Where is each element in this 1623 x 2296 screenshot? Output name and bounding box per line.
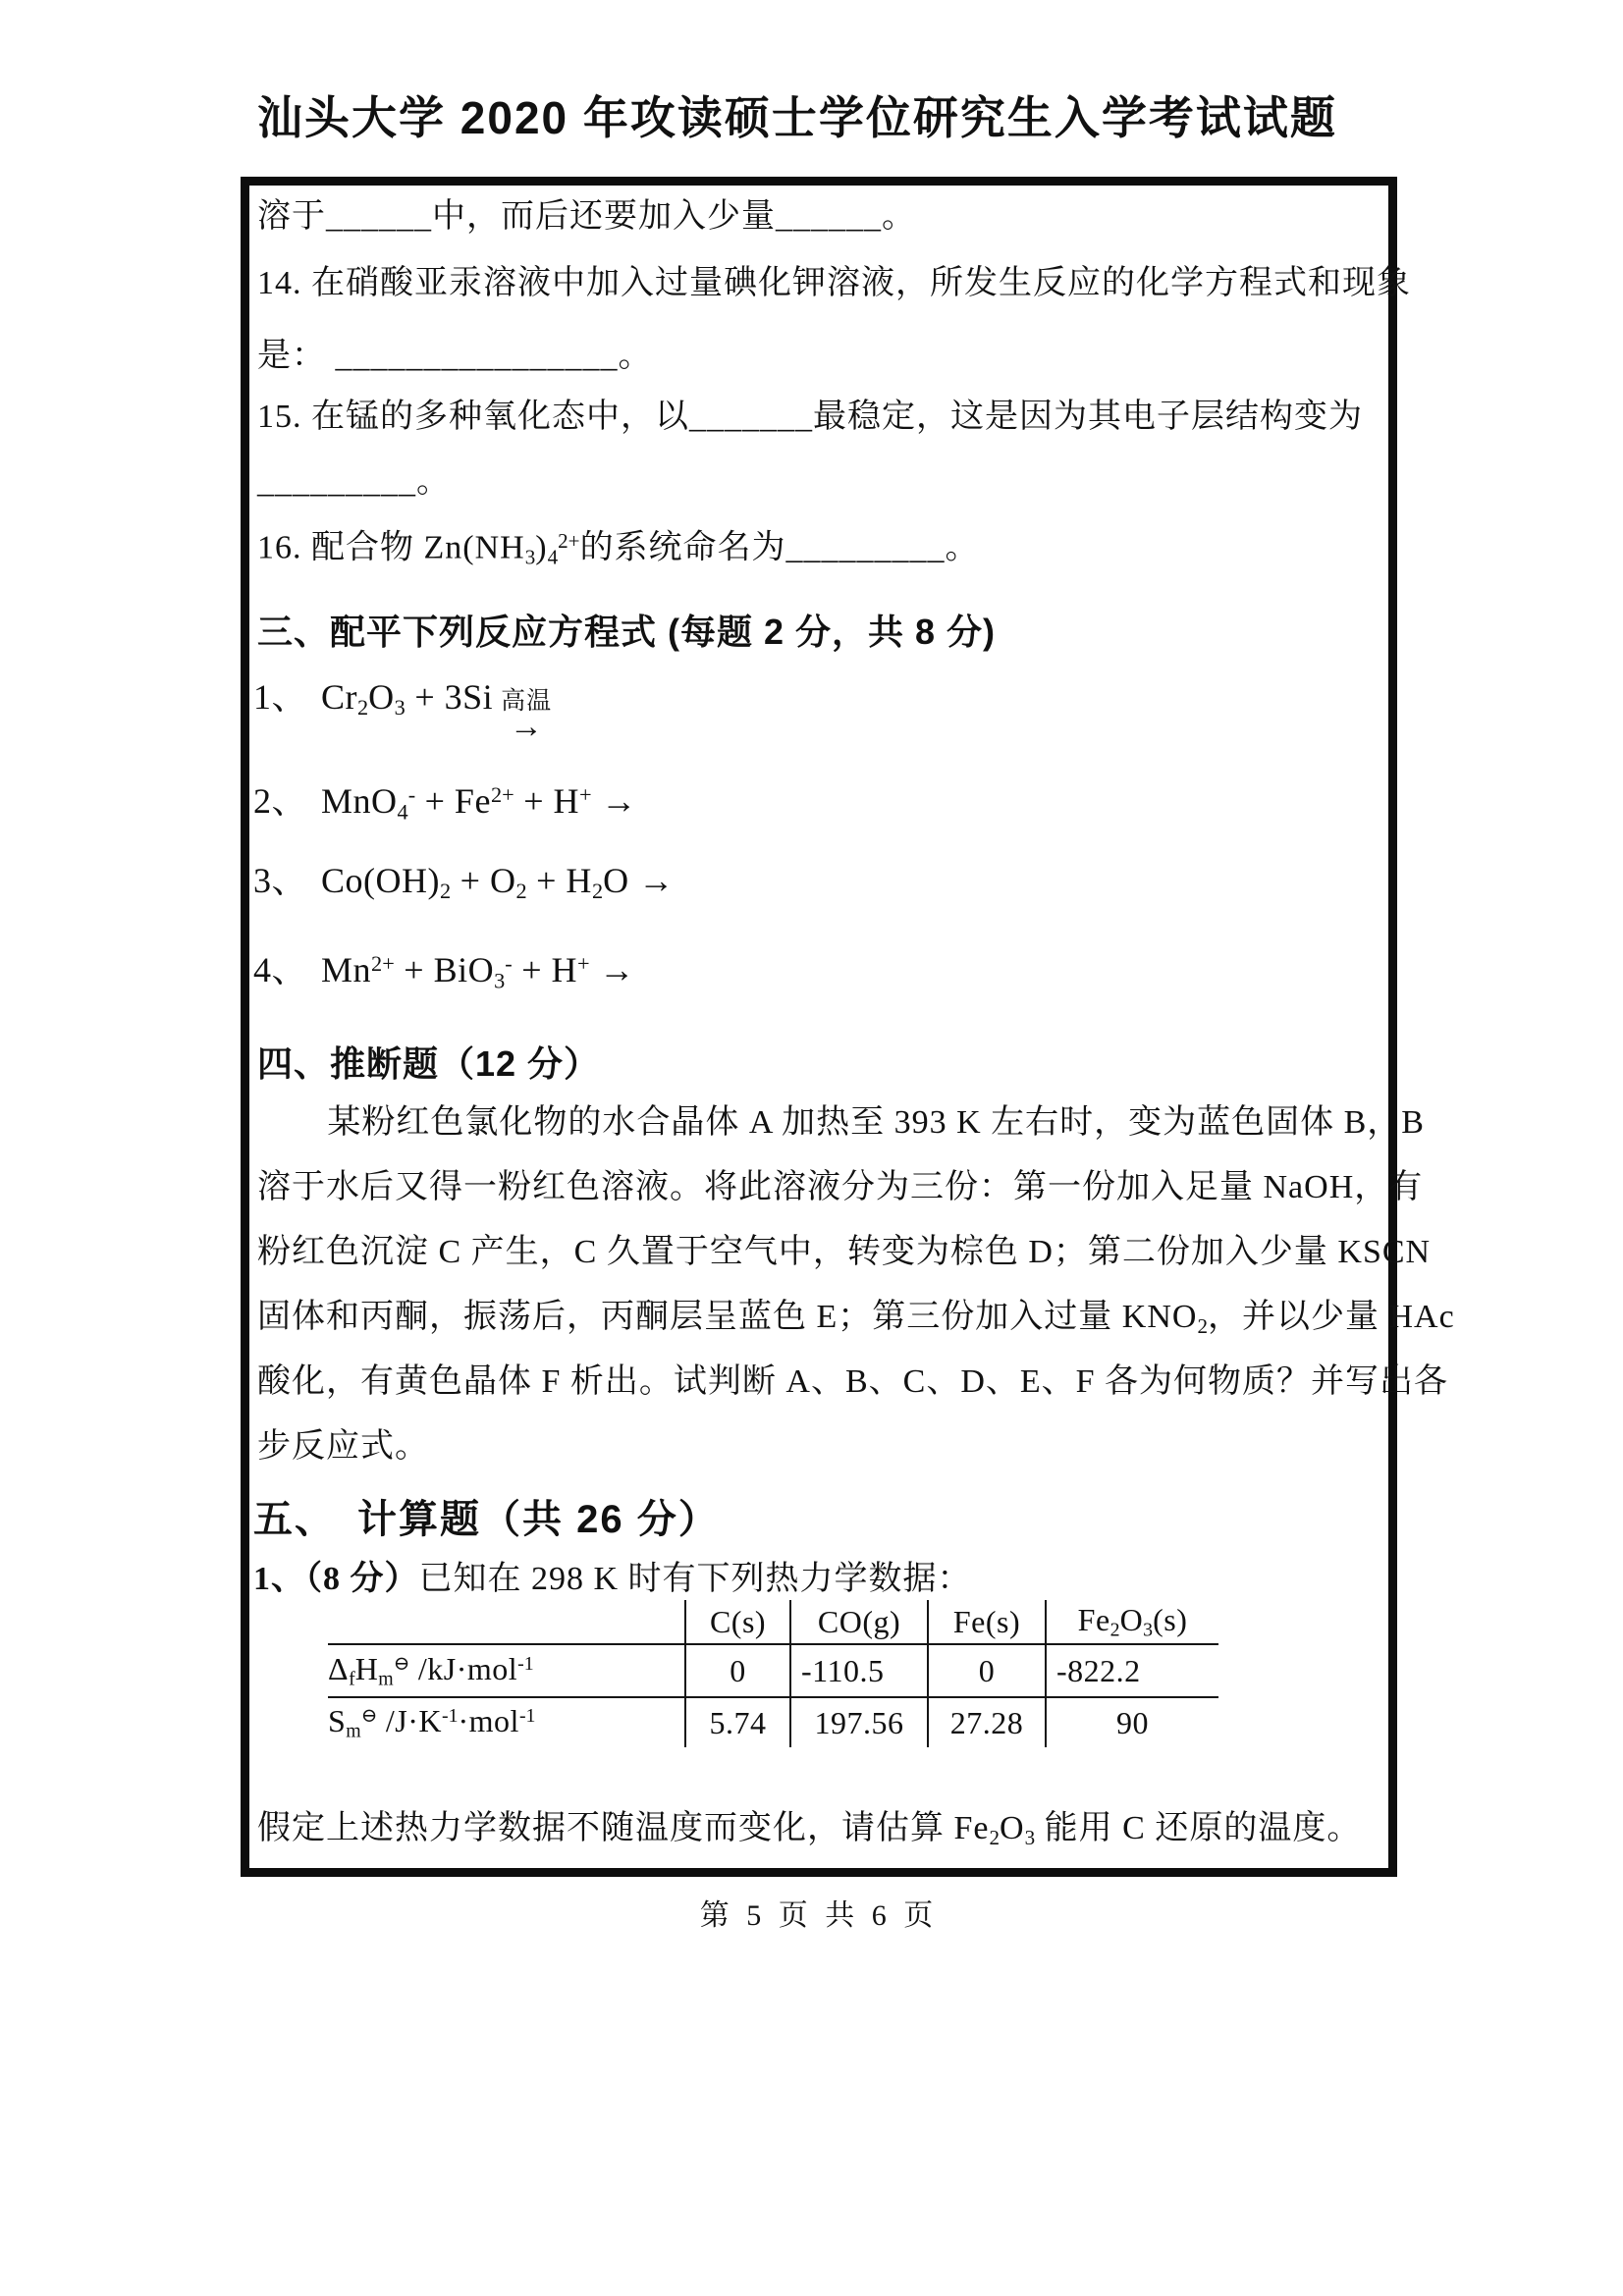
question-1-text: 已知在 298 K 时有下列热力学数据： (419, 1561, 972, 1597)
section-3-heading: 三、配平下列反应方程式 (每题 2 分，共 8 分) (257, 605, 996, 655)
paragraph-line: 固体和丙酮，振荡后，丙酮层呈蓝色 E；第三份加入过量 KNO2，并以少量 HAc (257, 1294, 1455, 1359)
question-13-tail: 溶于______中，而后还要加入少量______。 (257, 196, 916, 238)
paragraph-line: 步反应式。 (257, 1423, 1455, 1488)
equation-2-number: 2、 (253, 779, 307, 823)
table-col-header: C(s) (685, 1600, 790, 1644)
section-4-paragraph: 某粉红色氯化物的水合晶体 A 加热至 393 K 左右时，变为蓝色固体 B，B … (257, 1099, 1455, 1488)
table-cell: 197.56 (790, 1697, 928, 1747)
table-cell: 27.28 (928, 1697, 1046, 1747)
table-row-entropy: Sm⊖ /J·K-1·mol-1 5.74 197.56 27.28 90 (328, 1697, 1218, 1747)
equation-2: 2、 MnO4- + Fe2+ + H+ → (253, 774, 637, 833)
equation-4-formula: Mn2+ + BiO3- + H+ → (321, 942, 635, 1002)
equation-2-formula: MnO4- + Fe2+ + H+ → (321, 774, 637, 833)
table-col-header: CO(g) (790, 1600, 928, 1644)
table-header-row: C(s) CO(g) Fe(s) Fe2O3(s) (328, 1600, 1218, 1644)
equation-3: 3、 Co(OH)2 + O2 + H2O → (253, 859, 675, 913)
exam-page: 汕头大学 2020 年攻读硕士学位研究生入学考试试题 溶于______中，而后还… (0, 0, 1623, 2296)
equation-3-formula: Co(OH)2 + O2 + H2O → (321, 859, 675, 913)
question-14-line-1: 14. 在硝酸亚汞溶液中加入过量碘化钾溶液，所发生反应的化学方程式和现象 (257, 263, 1411, 304)
table-cell: 90 (1046, 1697, 1218, 1747)
equation-1: 1、 Cr2O3 + 3Si 高温 → (253, 675, 552, 742)
table-col-header: Fe2O3(s) (1046, 1600, 1218, 1644)
section-5-heading: 五、 计算题（共 26 分） (253, 1488, 720, 1544)
question-15-line-2: _________。 (257, 461, 451, 503)
table-row-enthalpy: ΔfHm⊖ /kJ·mol-1 0 -110.5 0 -822.2 (328, 1644, 1218, 1697)
equation-4: 4、 Mn2+ + BiO3- + H+ → (253, 942, 635, 1002)
table-col-header: Fe(s) (928, 1600, 1046, 1644)
table-cell: 0 (685, 1644, 790, 1697)
section-4-heading: 四、推断题（12 分） (257, 1037, 600, 1087)
page-footer: 第 5 页 共 6 页 (241, 1891, 1397, 1934)
equation-1-formula: Cr2O3 + 3Si (321, 675, 493, 729)
reaction-arrow: 高温 → (501, 689, 552, 742)
paragraph-line: 酸化，有黄色晶体 F 析出。试判断 A、B、C、D、E、F 各为何物质？并写出各 (257, 1359, 1455, 1423)
question-16: 16. 配合物 Zn(NH3)42+的系统命名为_________。 (257, 520, 980, 577)
table-cell: -110.5 (790, 1644, 928, 1697)
page-title: 汕头大学 2020 年攻读硕士学位研究生入学考试试题 (257, 82, 1337, 147)
table-corner-cell (328, 1600, 685, 1644)
question-1-closing: 假定上述热力学数据不随温度而变化，请估算 Fe2O3 能用 C 还原的温度。 (257, 1808, 1361, 1858)
paragraph-line: 某粉红色氯化物的水合晶体 A 加热至 393 K 左右时，变为蓝色固体 B，B (257, 1099, 1455, 1164)
thermo-table: C(s) CO(g) Fe(s) Fe2O3(s) ΔfHm⊖ /kJ·mol-… (328, 1600, 1218, 1747)
paragraph-line: 粉红色沉淀 C 产生，C 久置于空气中，转变为棕色 D；第二份加入少量 KSCN (257, 1229, 1455, 1294)
table-row-label: ΔfHm⊖ /kJ·mol-1 (328, 1644, 685, 1697)
table-cell: 0 (928, 1644, 1046, 1697)
question-14-line-2: 是： ________________。 (257, 336, 653, 377)
table-row-label: Sm⊖ /J·K-1·mol-1 (328, 1697, 685, 1747)
paragraph-line: 溶于水后又得一粉红色溶液。将此溶液分为三份：第一份加入足量 NaOH，有 (257, 1164, 1455, 1229)
question-1-number: 1、（8 分） (253, 1561, 419, 1597)
equation-1-number: 1、 (253, 675, 307, 719)
question-15-line-1: 15. 在锰的多种氧化态中，以_______最稳定，这是因为其电子层结构变为 (257, 397, 1363, 438)
equation-3-number: 3、 (253, 859, 307, 902)
table-cell: -822.2 (1046, 1644, 1218, 1697)
equation-4-number: 4、 (253, 948, 307, 991)
arrow-icon: → (510, 714, 544, 742)
question-1-intro: 1、（8 分）已知在 298 K 时有下列热力学数据： (253, 1559, 972, 1600)
table-cell: 5.74 (685, 1697, 790, 1747)
